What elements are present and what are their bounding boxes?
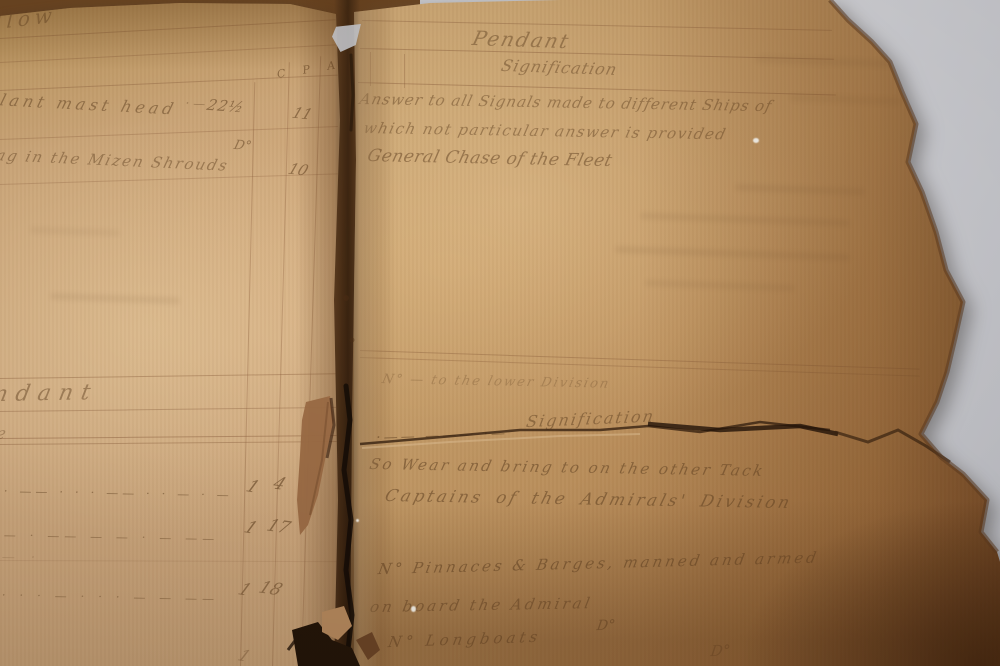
handwriting-faint-line: N° — to the lower Division (380, 372, 611, 392)
corner-shadow (620, 420, 1000, 666)
handwriting-ditto: D° (709, 641, 731, 660)
manuscript-book-photo: llow C P A llant mast head · — 22½ 11 la… (0, 0, 1000, 666)
margin-rule (404, 54, 405, 88)
handwriting-body-line: Answer to all Signals made to different … (358, 90, 774, 115)
ruled-line (360, 48, 834, 60)
ghost-writing-smudge (615, 246, 850, 261)
ruled-line (362, 20, 832, 31)
handwriting-body-line: N° Pinnaces & Barges, manned and armed (377, 548, 821, 578)
dust-speck (356, 519, 359, 522)
right-page: Pendant Signification Answer to all Sign… (0, 0, 1000, 666)
handwriting-body-line: Captains of the Admirals' Division (383, 486, 795, 512)
dust-speck (753, 138, 759, 143)
handwriting-body-line: N° Longboats (387, 628, 543, 651)
dust-speck (411, 606, 416, 612)
handwriting-subheading: Signification (499, 56, 619, 79)
handwriting-subheading-2: Signification (525, 406, 657, 431)
handwriting-body-line: General Chase of the Fleet (365, 146, 614, 171)
handwriting-dash-marks: ·—— ——— ·— (376, 425, 508, 446)
ghost-writing-smudge (735, 184, 865, 196)
handwriting-ditto: D° (596, 617, 616, 634)
margin-rule (370, 52, 371, 86)
handwriting-body-line: on board the Admiral (368, 594, 594, 616)
ghost-writing-smudge (640, 212, 850, 226)
handwriting-heading-pendant: Pendant (470, 26, 573, 53)
handwriting-body-line: So Wear and bring to on the other Tack (368, 455, 767, 480)
ghost-writing-smudge (790, 94, 900, 105)
handwriting-body-line: which not particular answer is provided (362, 119, 729, 143)
ghost-writing-smudge (645, 279, 795, 291)
right-page-wrap: Pendant Signification Answer to all Sign… (0, 0, 1000, 666)
